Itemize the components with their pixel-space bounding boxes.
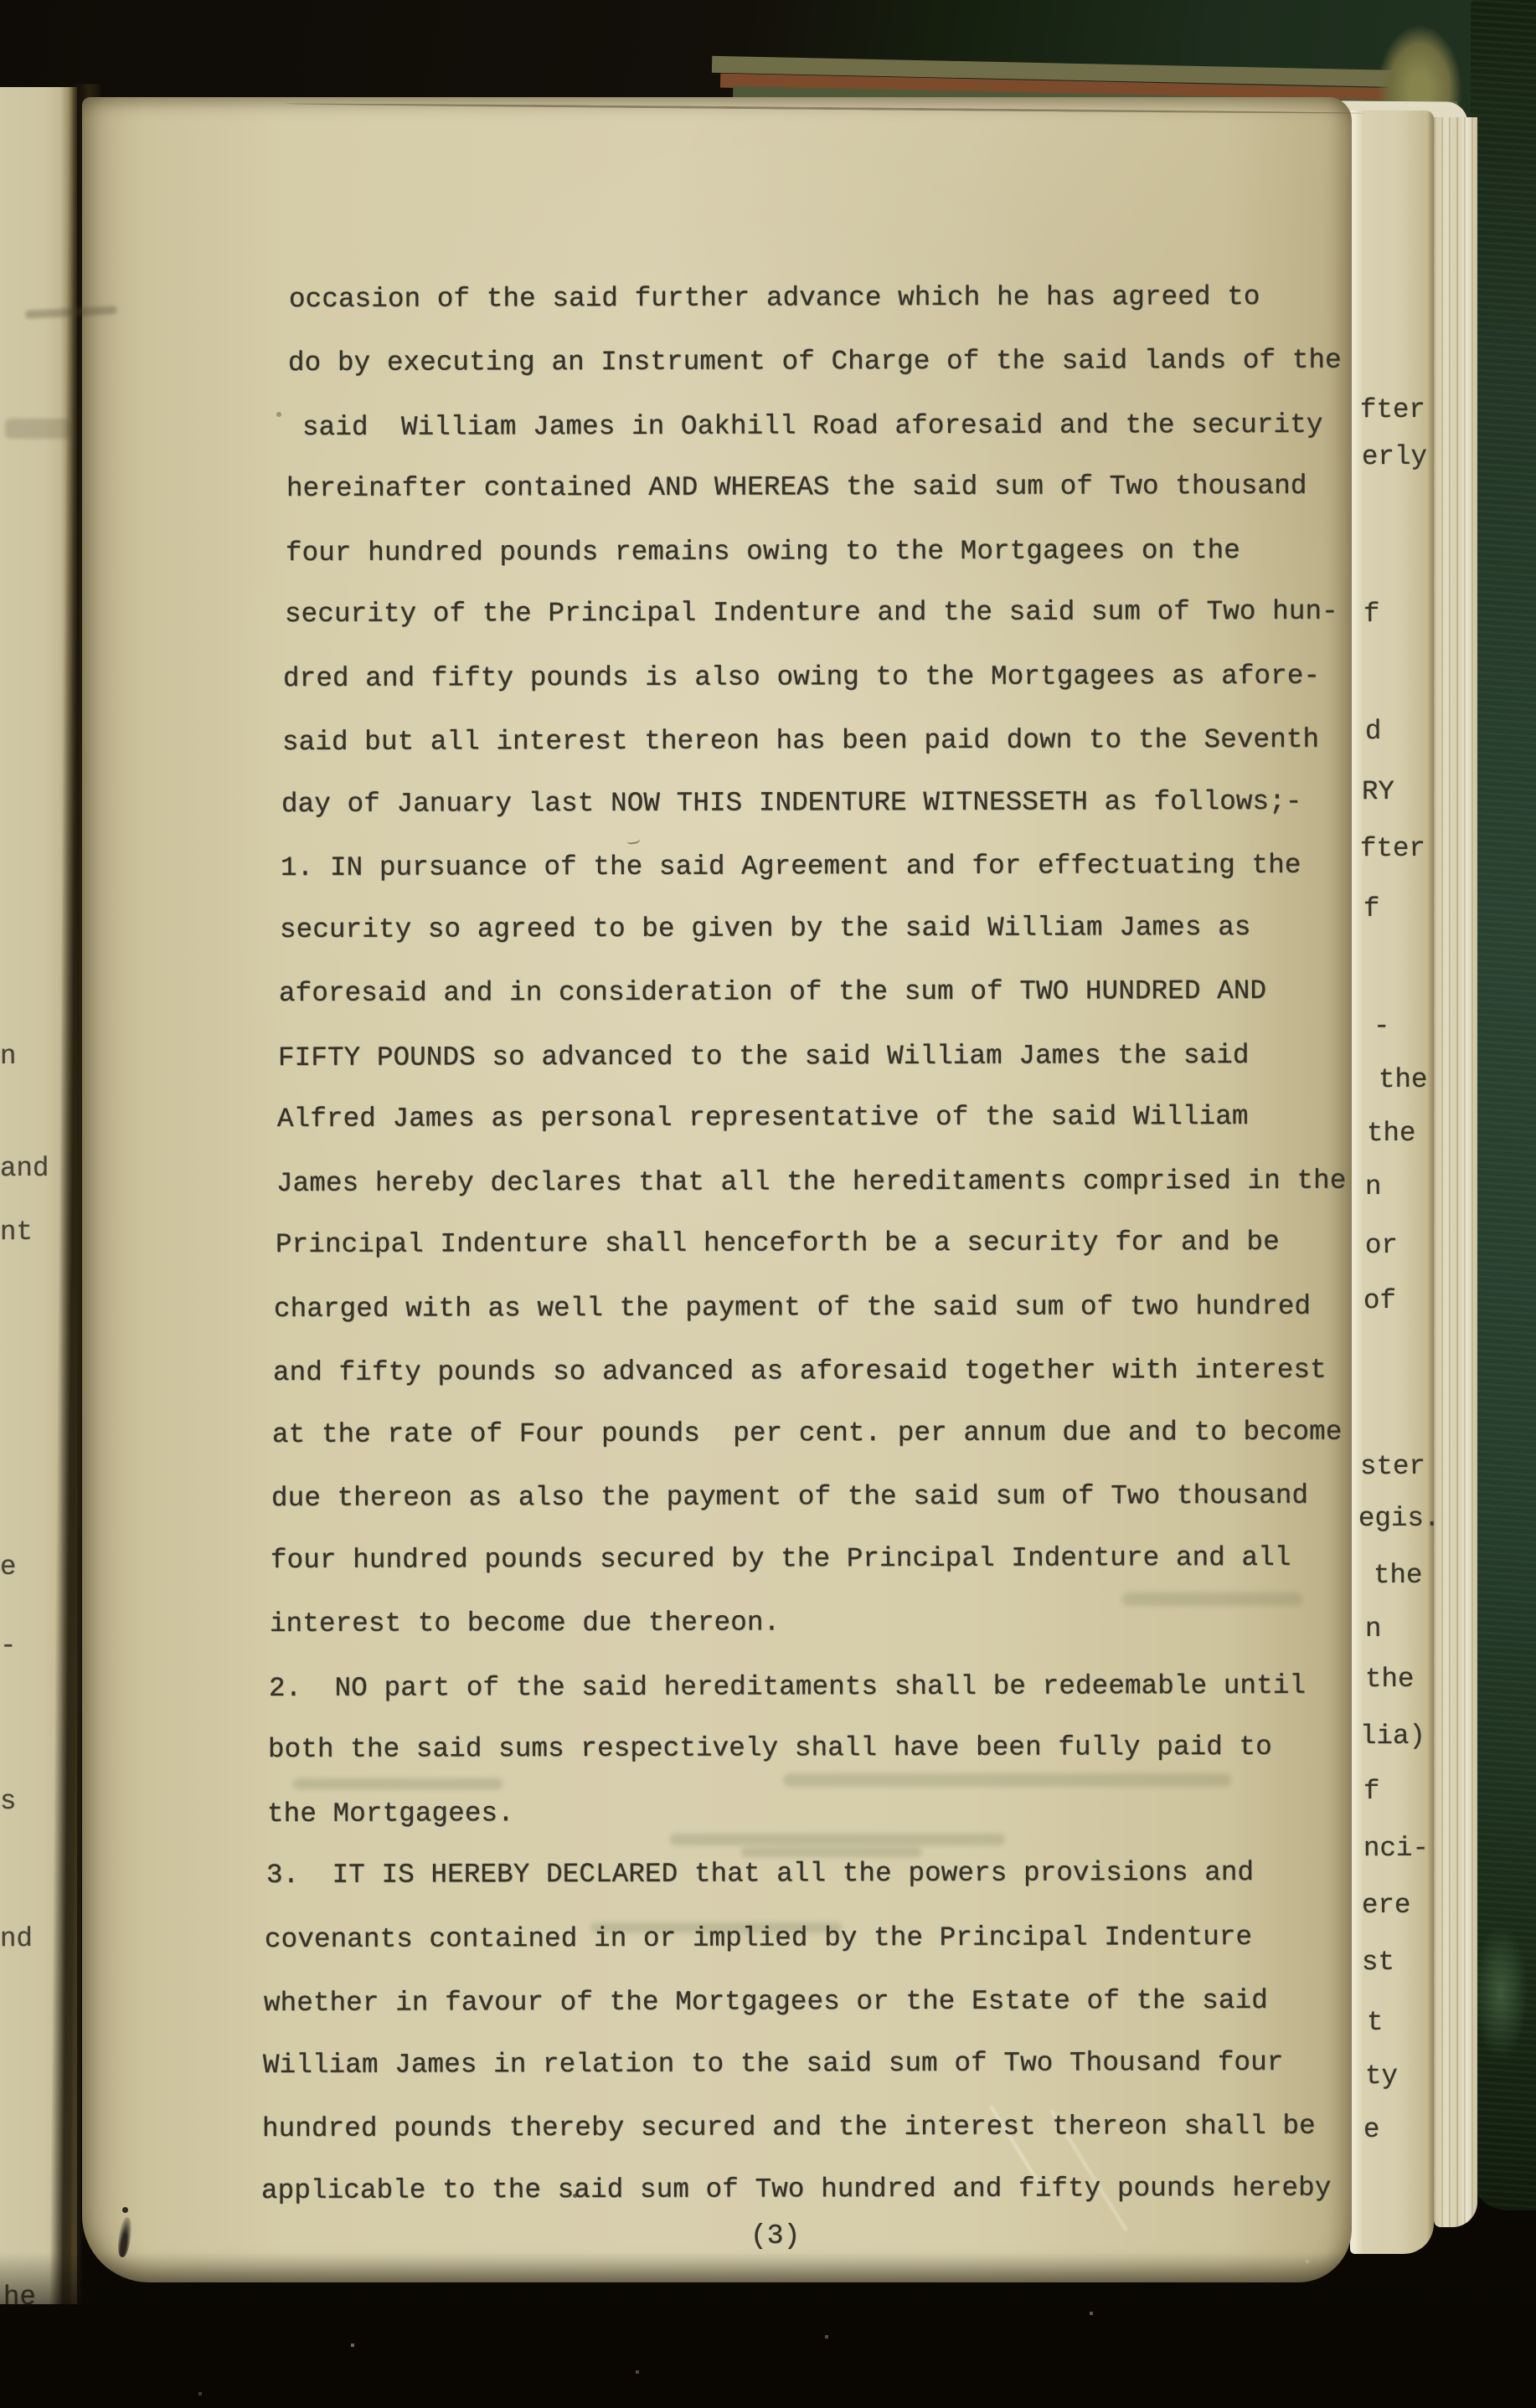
text-line: said William James in Oakhill Road afore… (302, 412, 1323, 442)
edge-text-fragment: ster (1360, 1454, 1425, 1481)
text-line: day of January last NOW THIS INDENTURE W… (281, 789, 1302, 819)
ghost-text-mark (783, 1773, 1231, 1787)
text-line: and fifty pounds so advanced as aforesai… (273, 1357, 1327, 1387)
text-line: covenants contained in or implied by the… (265, 1924, 1252, 1954)
text-line: William James in relation to the said su… (263, 2050, 1284, 2080)
edge-text-fragment: RY (1362, 779, 1394, 806)
edge-text-fragment: s (0, 1788, 17, 1816)
text-line: security of the Principal Indenture and … (284, 599, 1338, 629)
edge-text-fragment: the (1365, 1666, 1415, 1694)
text-line: Alfred James as personal representative … (277, 1104, 1249, 1134)
text-line: hundred pounds thereby secured and the i… (262, 2113, 1316, 2143)
text-line: interest to become due thereon. (270, 1610, 780, 1639)
dust-specks (0, 0, 2, 2)
edge-text-fragment: nd (0, 1926, 33, 1953)
book-scan-photo: occasion of the said further advance whi… (0, 0, 1536, 2408)
ghost-text-mark (670, 1834, 1005, 1845)
text-line: do by executing an Instrument of Charge … (288, 347, 1342, 378)
edge-text-fragment: the (1367, 1120, 1416, 1148)
edge-text-fragment: ere (1362, 1892, 1411, 1920)
text-line: aforesaid and in consideration of the su… (279, 978, 1266, 1008)
text-line: occasion of the said further advance whi… (289, 284, 1260, 314)
edge-text-fragment: lia) (1360, 1723, 1425, 1751)
edge-text-fragment: or (1365, 1232, 1398, 1260)
edge-text-fragment: egis. (1358, 1505, 1441, 1533)
edge-text-fragment: ty (1365, 2063, 1398, 2091)
text-line: four hundred pounds secured by the Princ… (271, 1545, 1291, 1575)
edge-text-fragment: fter (1360, 836, 1425, 863)
edge-text-fragment: f (1363, 896, 1380, 924)
text-line: 3. IT IS HEREBY DECLARED that all the po… (265, 1860, 1253, 1890)
edge-text-fragment: and (0, 1155, 49, 1183)
text-line: whether in favour of the Mortgagees or t… (264, 1988, 1268, 2018)
edge-text-fragment: n (0, 1043, 17, 1071)
stray-ink-dot (573, 2194, 577, 2198)
text-line: due thereon as also the payment of the s… (271, 1483, 1308, 1513)
book-cover-right (1471, 0, 1536, 2210)
edge-text-fragment: e (0, 1554, 17, 1582)
edge-text-fragment: the (1379, 1067, 1428, 1094)
edge-text-fragment: n (1365, 1616, 1382, 1644)
bottom-vignette (0, 2252, 1536, 2408)
text-line: both the said sums respectively shall ha… (268, 1734, 1272, 1764)
edge-text-fragment: - (0, 1633, 17, 1660)
edge-text-fragment: st (1362, 1949, 1394, 1977)
ghost-text-mark (1122, 1592, 1302, 1606)
edge-text-fragment: f (1363, 601, 1380, 629)
edge-text-fragment: nci- (1363, 1835, 1429, 1863)
edge-text-fragment: t (1367, 2009, 1384, 2037)
text-line: FIFTY POUNDS so advanced to the said Wil… (278, 1042, 1250, 1073)
edge-text-fragment: the (1374, 1562, 1423, 1590)
text-line: four hundred pounds remains owing to the… (286, 538, 1240, 567)
stray-ink-dot (276, 412, 281, 417)
cover-worn-patch (1467, 1909, 1534, 2076)
edge-text-fragment: of (1363, 1288, 1396, 1315)
text-line: 1. IN pursuance of the said Agreement an… (281, 852, 1301, 882)
edge-text-fragment: e (1363, 2117, 1380, 2144)
edge-text-fragment: nt (0, 1219, 33, 1247)
text-line: charged with as well the payment of the … (274, 1294, 1311, 1324)
ghost-text-mark (741, 1847, 921, 1857)
text-line: dred and fifty pounds is also owing to t… (283, 663, 1320, 693)
text-line: hereinafter contained AND WHEREAS the sa… (286, 473, 1307, 503)
page-number: (3) (750, 2220, 800, 2251)
text-line: security so agreed to be given by the sa… (280, 914, 1251, 944)
ghost-text-mark (293, 1778, 503, 1789)
text-line: James hereby declares that all the hered… (276, 1167, 1347, 1197)
edge-text-fragment: n (1365, 1174, 1382, 1201)
edge-text-fragment: erly (1362, 444, 1427, 471)
text-line: at the rate of Four pounds per cent. per… (272, 1418, 1343, 1448)
edge-text-fragment: fter (1360, 397, 1425, 424)
ink-blot-dot (122, 2207, 128, 2213)
edge-text-fragment: f (1363, 1778, 1380, 1806)
ink-smudge (5, 419, 72, 439)
page-edges-band (1434, 117, 1477, 2227)
next-page-strip (1350, 111, 1434, 2254)
text-line: the Mortgagees. (267, 1800, 514, 1828)
edge-text-fragment: - (1374, 1013, 1390, 1041)
text-line: Principal Indenture shall henceforth be … (275, 1229, 1279, 1259)
text-line: said but all interest thereon has been p… (282, 727, 1319, 757)
text-line: applicable to the said sum of Two hundre… (261, 2174, 1332, 2205)
edge-text-fragment: d (1365, 718, 1382, 746)
text-line: 2. NO part of the said hereditaments sha… (269, 1673, 1306, 1703)
